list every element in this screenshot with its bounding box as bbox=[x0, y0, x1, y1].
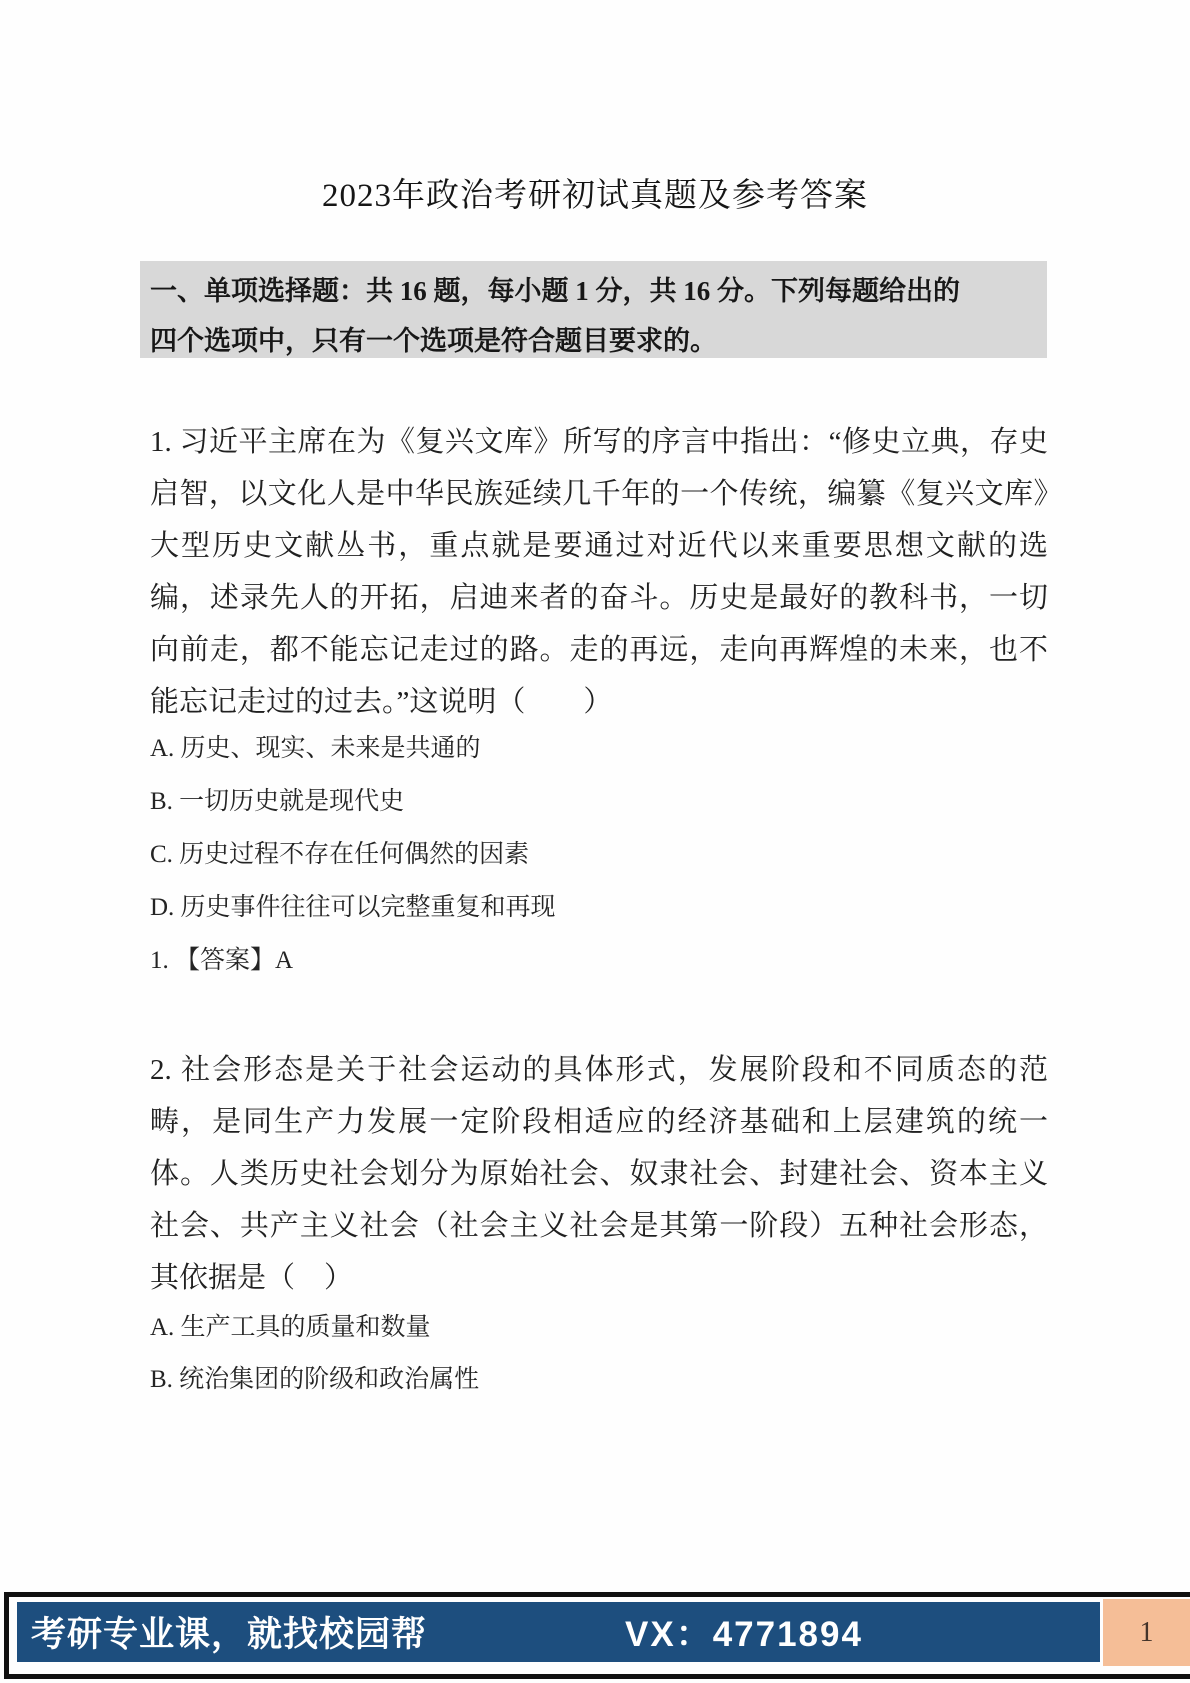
footer-bottom-border bbox=[4, 1674, 1190, 1679]
footer-contact-text: VX：4771894 bbox=[625, 1607, 863, 1657]
question-1-option-a: A. 历史、现实、未来是共通的 bbox=[150, 734, 481, 764]
footer-top-border bbox=[4, 1592, 1190, 1597]
document-page: 2023年政治考研初试真题及参考答案 一、单项选择题：共 16 题，每小题 1 … bbox=[0, 0, 1190, 1683]
question-1-stem: 1. 习近平主席在为《复兴文库》所写的序言中指出：“修史立典，存史启智，以文化人… bbox=[150, 416, 1048, 728]
page-number-badge: 1 bbox=[1103, 1599, 1190, 1666]
question-2-option-a: A. 生产工具的质量和数量 bbox=[150, 1313, 431, 1343]
page-title: 2023年政治考研初试真题及参考答案 bbox=[0, 176, 1190, 216]
footer-left-border bbox=[4, 1592, 9, 1679]
question-1-option-b: B. 一切历史就是现代史 bbox=[150, 787, 404, 817]
question-2-stem: 2. 社会形态是关于社会运动的具体形式，发展阶段和不同质态的范畴，是同生产力发展… bbox=[150, 1044, 1048, 1304]
page-number: 1 bbox=[1140, 1617, 1154, 1649]
section-header-line2: 四个选项中，只有一个选项是符合题目要求的。 bbox=[150, 316, 1041, 358]
question-2-option-b: B. 统治集团的阶级和政治属性 bbox=[150, 1365, 479, 1395]
question-1-answer: 1. 【答案】A bbox=[150, 946, 293, 976]
section-header-line1: 一、单项选择题：共 16 题，每小题 1 分，共 16 分。下列每题给出的 bbox=[150, 266, 1041, 316]
question-1-option-c: C. 历史过程不存在任何偶然的因素 bbox=[150, 840, 529, 870]
footer-banner: 考研专业课，就找校园帮 VX：4771894 bbox=[17, 1602, 1100, 1662]
footer-brand-text: 考研专业课，就找校园帮 bbox=[31, 1607, 427, 1657]
section-header-box: 一、单项选择题：共 16 题，每小题 1 分，共 16 分。下列每题给出的 四个… bbox=[140, 261, 1047, 358]
question-1-option-d: D. 历史事件往往可以完整重复和再现 bbox=[150, 893, 556, 923]
